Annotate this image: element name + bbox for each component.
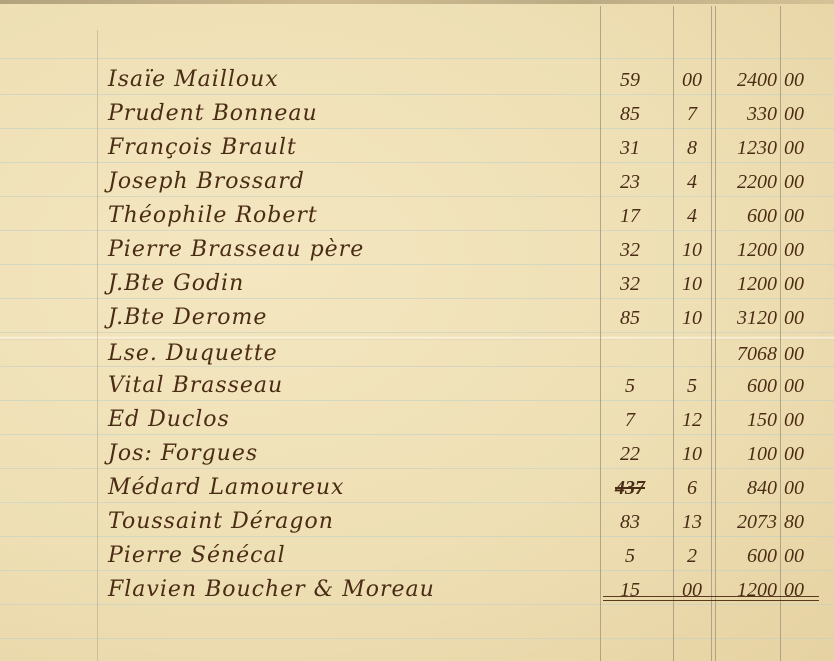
ledger-row: Isaïe Mailloux 59 00 2400 00 [0,60,834,96]
entry-name: Isaïe Mailloux [108,67,279,92]
entry-amount: 1200 [715,273,777,296]
ledger-row: Prudent Bonneau 85 7 330 00 [0,94,834,130]
entry-name: Prudent Bonneau [108,101,318,126]
entry-cents: 00 [780,579,824,602]
ledger-row: Joseph Brossard 23 4 2200 00 [0,162,834,198]
entry-cents: 00 [780,375,824,398]
ledger-row: J.Bte Godin 32 10 1200 00 [0,264,834,300]
entry-amount: 150 [715,409,777,432]
entry-name: Flavien Boucher & Moreau [108,577,435,602]
entry-amount: 1200 [715,579,777,602]
entry-col1-struck: 437 [600,477,660,500]
entry-cents: 00 [780,205,824,228]
ledger-row: Toussaint Déragon 83 13 2073 80 [0,502,834,538]
entry-col2: 00 [673,69,711,92]
entry-col1: 15 [600,579,660,602]
ledger-row: Pierre Sénécal 5 2 600 00 [0,536,834,572]
entry-col1: 83 [600,511,660,534]
ledger-page: Isaïe Mailloux 59 00 2400 00 Prudent Bon… [0,0,834,661]
entry-name: Toussaint Déragon [108,509,334,534]
entry-col1: 85 [600,103,660,126]
entry-col2: 4 [673,205,711,228]
ruled-line [0,58,834,59]
entry-amount: 100 [715,443,777,466]
ledger-row: Médard Lamoureux 437 6 840 00 [0,468,834,504]
entry-name: Théophile Robert [108,203,318,228]
entry-amount: 1230 [715,137,777,160]
entry-name: Vital Brasseau [108,373,283,398]
entry-name: Joseph Brossard [108,169,305,194]
ledger-row: Vital Brasseau 5 5 600 00 [0,366,834,402]
entry-name: François Brault [108,135,297,160]
entry-col1: 32 [600,273,660,296]
ledger-row: Théophile Robert 17 4 600 00 [0,196,834,232]
entry-col1: 5 [600,375,660,398]
entry-col2: 10 [673,239,711,262]
entry-name: Pierre Brasseau père [108,237,364,262]
ledger-row: Lse. Duquette 7068 00 [0,334,834,370]
entry-amount: 840 [715,477,777,500]
entry-col2: 00 [673,579,711,602]
entry-cents: 00 [780,443,824,466]
entry-amount: 2073 [715,511,777,534]
ledger-row: Jos: Forgues 22 10 100 00 [0,434,834,470]
entry-name: Ed Duclos [108,407,230,432]
entry-cents: 00 [780,69,824,92]
entry-cents: 00 [780,477,824,500]
total-underline [603,600,819,601]
entry-cents: 00 [780,273,824,296]
entry-col1: 31 [600,137,660,160]
ledger-row: J.Bte Derome 85 10 3120 00 [0,298,834,334]
ledger-row: François Brault 31 8 1230 00 [0,128,834,164]
entry-col2: 12 [673,409,711,432]
entry-name: Lse. Duquette [108,341,278,366]
entry-col2: 10 [673,307,711,330]
entry-name: Médard Lamoureux [108,475,344,500]
entry-cents: 80 [780,511,824,534]
entry-cents: 00 [780,137,824,160]
ruled-line [0,638,834,639]
entry-cents: 00 [780,239,824,262]
entry-col2: 5 [673,375,711,398]
entry-amount: 2200 [715,171,777,194]
entry-col2: 10 [673,443,711,466]
entry-col1: 59 [600,69,660,92]
entry-cents: 00 [780,343,824,366]
entry-amount: 2400 [715,69,777,92]
ledger-row: Ed Duclos 7 12 150 00 [0,400,834,436]
entry-amount: 1200 [715,239,777,262]
entry-col1: 22 [600,443,660,466]
torn-top-edge [0,0,834,4]
entry-col1: 85 [600,307,660,330]
entry-cents: 00 [780,307,824,330]
entry-col1: 7 [600,409,660,432]
entry-cents: 00 [780,545,824,568]
ledger-row: Pierre Brasseau père 32 10 1200 00 [0,230,834,266]
entry-col2: 4 [673,171,711,194]
entry-amount: 7068 [715,343,777,366]
entry-col1: 17 [600,205,660,228]
entry-col2: 8 [673,137,711,160]
entry-amount: 600 [715,205,777,228]
entry-cents: 00 [780,409,824,432]
entry-col2: 6 [673,477,711,500]
entry-col1: 23 [600,171,660,194]
entry-col1: 32 [600,239,660,262]
entry-name: J.Bte Derome [108,305,267,330]
entry-cents: 00 [780,103,824,126]
entry-amount: 600 [715,545,777,568]
entry-name: J.Bte Godin [108,271,244,296]
entry-name: Pierre Sénécal [108,543,286,568]
entry-col2: 13 [673,511,711,534]
entry-name: Jos: Forgues [108,441,258,466]
entry-cents: 00 [780,171,824,194]
entry-amount: 600 [715,375,777,398]
entry-col2: 7 [673,103,711,126]
entry-amount: 330 [715,103,777,126]
total-underline [603,596,819,597]
entry-col2: 10 [673,273,711,296]
entry-col2: 2 [673,545,711,568]
entry-col1: 5 [600,545,660,568]
entry-amount: 3120 [715,307,777,330]
